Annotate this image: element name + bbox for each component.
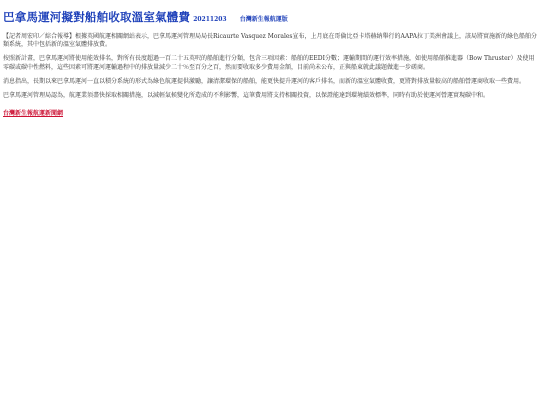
article-source: 台灣新生報航運版: [240, 16, 288, 23]
article-paragraph-2: 按照新計畫，巴拿馬運河將使用能效排名，對所有長度超過一百二十五英呎的船舶進行分類…: [3, 55, 537, 71]
article-title: 巴拿馬運河擬對船舶收取溫室氣體費: [3, 10, 190, 24]
article-date: 20211203: [193, 16, 226, 23]
article-paragraph-1: 【記者周宏印／綜合報導】根據英國航運相關網站表示，巴拿馬運河管理局局長Ricau…: [3, 33, 537, 49]
article-page: 巴拿馬運河擬對船舶收取溫室氣體費20211203 台灣新生報航運版 【記者周宏印…: [3, 3, 537, 119]
article-paragraph-3: 消息指出，長期以來巴拿馬運河一直以積分系統的形式為綠色航運提供激勵，讓清潔環保的…: [3, 78, 537, 86]
source-site-link[interactable]: 台灣新生報航運新聞網: [3, 108, 63, 117]
article-paragraph-4: 巴拿馬運河管理局認為，航運業須盡快採取相關措施，以減輕氣候變化所造成的不利影響，…: [3, 92, 537, 100]
article-headline: 巴拿馬運河擬對船舶收取溫室氣體費20211203 台灣新生報航運版: [3, 3, 537, 27]
